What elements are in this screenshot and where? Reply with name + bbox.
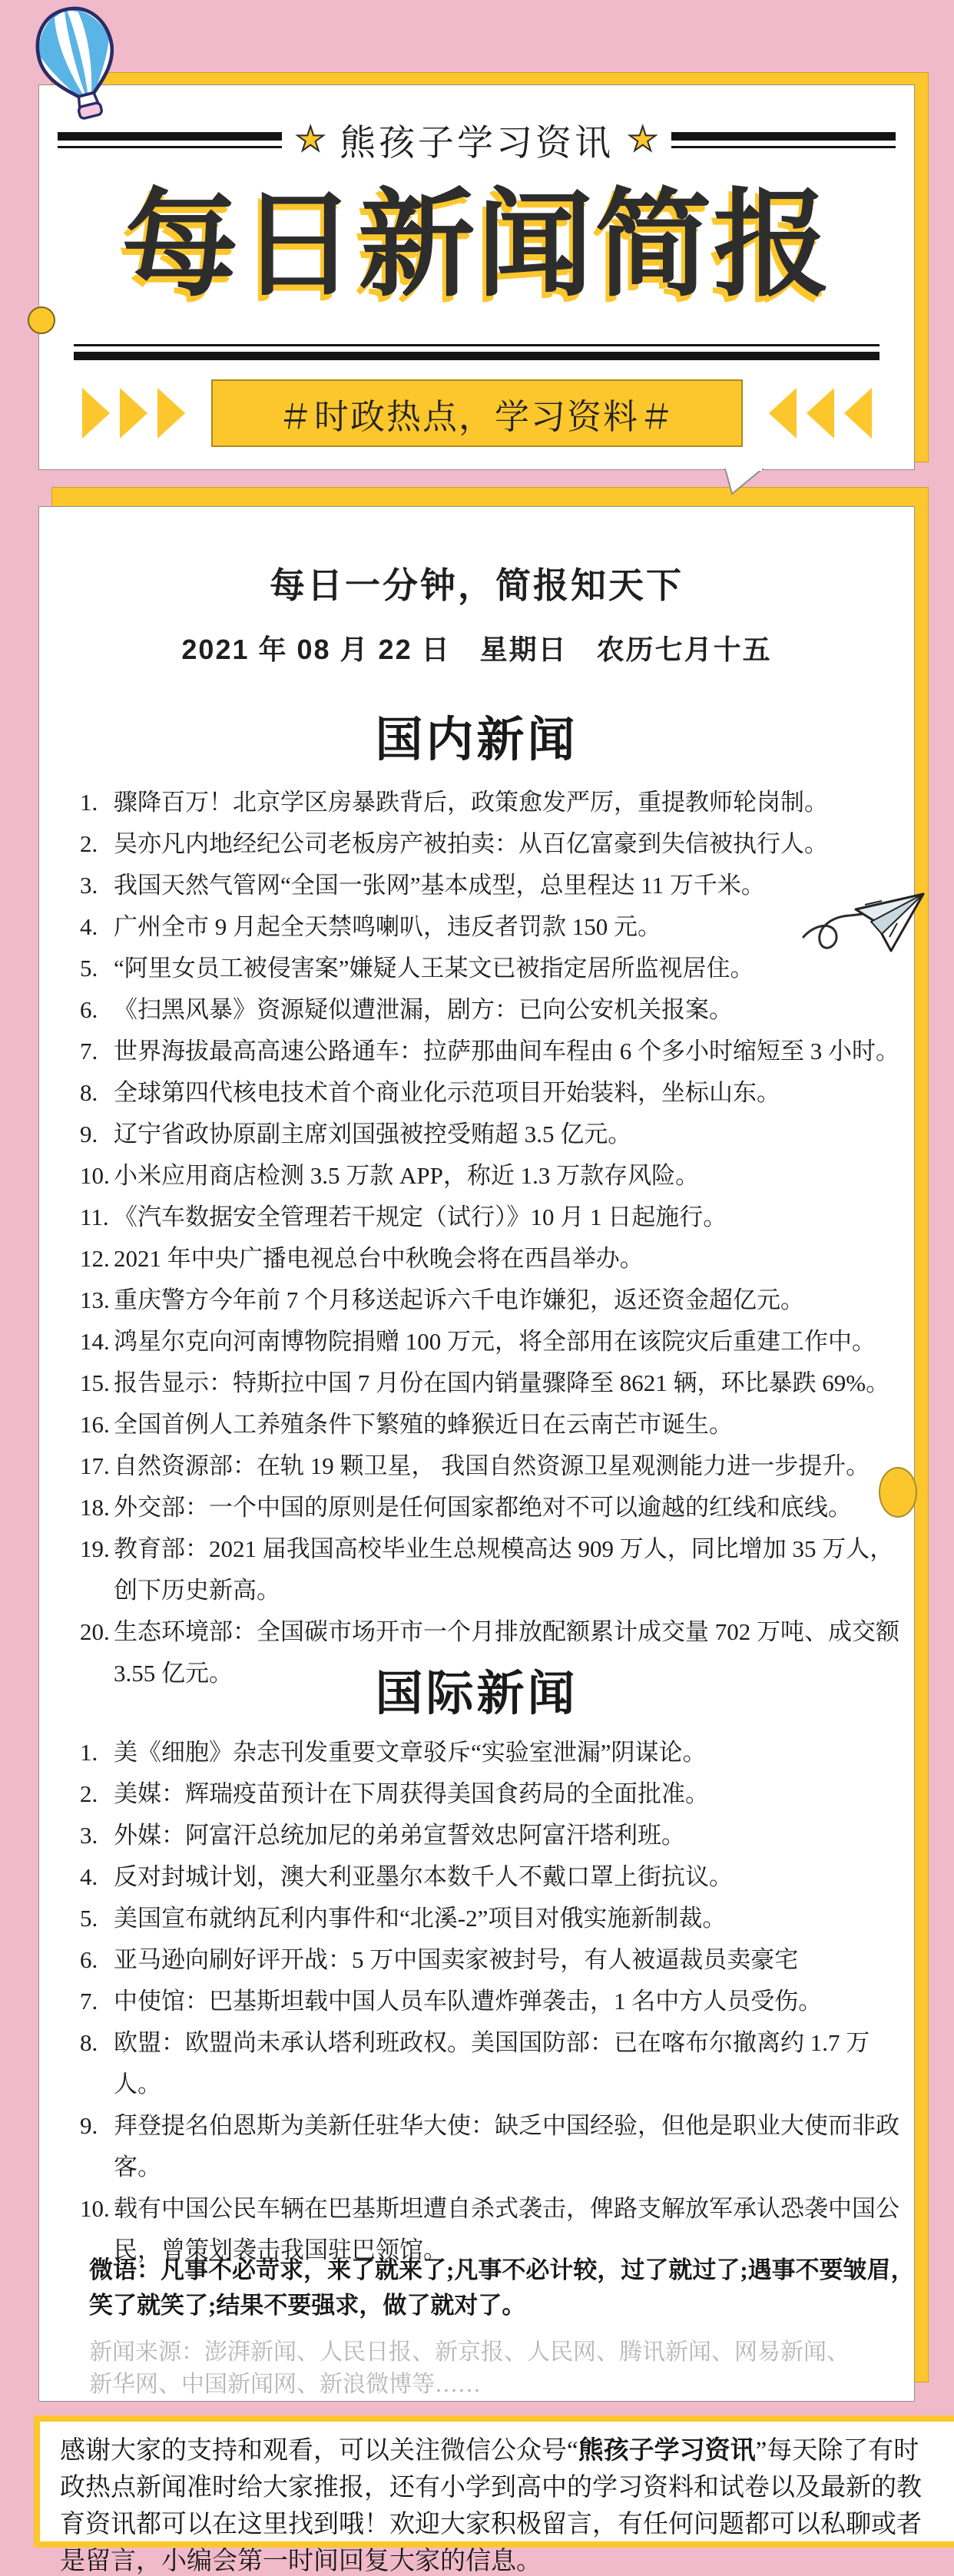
news-item: 欧盟：欧盟尚未承认塔利班政权。美国国防部：已在喀布尔撤离约 1.7 万人。 — [80, 2022, 914, 2105]
international-news-list: 美《细胞》杂志刊发重要文章驳斥“实验室泄漏”阴谋论。美媒：辉瑞疫苗预计在下周获得… — [80, 1732, 914, 2271]
paper-plane-icon — [800, 877, 929, 972]
left-divider-lines — [58, 132, 282, 148]
news-item: 反对封城计划，澳大利亚墨尔本数千人不戴口罩上街抗议。 — [80, 1856, 914, 1898]
news-item: “阿里女员工被侵害案”嫌疑人王某文已被指定居所监视居住。 — [80, 948, 914, 989]
tagline: 每日一分钟，简报知天下 — [39, 558, 914, 608]
brand-row: ★ 熊孩子学习资讯 ★ — [39, 113, 914, 167]
news-item: 我国天然气管网“全国一张网”基本成型，总里程达 11 万千米。 — [80, 865, 914, 906]
news-item: 全球第四代核电技术首个商业化示范项目开始装料，坐标山东。 — [80, 1072, 914, 1114]
news-item: 世界海拔最高高速公路通车：拉萨那曲间车程由 6 个多小时缩短至 3 小时。 — [80, 1031, 914, 1072]
news-item: 小米应用商店检测 3.5 万款 APP，称近 1.3 万款存风险。 — [80, 1155, 914, 1197]
right-divider-lines — [671, 132, 896, 148]
news-item: 中使馆：巴基斯坦载中国人员车队遭炸弹袭击，1 名中方人员受伤。 — [80, 1981, 914, 2022]
news-item: 吴亦凡内地经纪公司老板房产被拍卖：从百亿富豪到失信被执行人。 — [80, 823, 914, 865]
news-item: 2021 年中央广播电视总台中秋晚会将在西昌举办。 — [80, 1238, 914, 1280]
news-item: 《扫黑风暴》资源疑似遭泄漏，剧方：已向公安机关报案。 — [80, 989, 914, 1031]
news-item: 自然资源部：在轨 19 颗卫星， 我国自然资源卫星观测能力进一步提升。 — [80, 1445, 914, 1487]
topic-banner-label: ＃时政热点，学习资料＃ — [278, 389, 675, 439]
news-item: 美国宣布就纳瓦利内事件和“北溪-2”项目对俄实施新制裁。 — [80, 1898, 914, 1939]
triangle-arrows-left-icon — [769, 388, 872, 439]
news-item: 美《细胞》杂志刊发重要文章驳斥“实验室泄漏”阴谋论。 — [80, 1732, 914, 1773]
daily-quote-text: 凡事不必苛求，来了就来了;凡事不必计较，过了就过了;遇事不要皱眉，笑了就笑了;结… — [89, 2256, 915, 2319]
news-item: 外交部：一个中国的原则是任何国家都绝对不可以逾越的红线和底线。 — [80, 1487, 914, 1528]
daily-quote: 微语：凡事不必苛求，来了就来了;凡事不必计较，过了就过了;遇事不要皱眉，笑了就笑… — [89, 2253, 917, 2323]
speech-tail — [724, 469, 764, 495]
news-item: 鸿星尔克向河南博物院捐赠 100 万元，将全部用在该院灾后重建工作中。 — [80, 1321, 914, 1362]
star-icon: ★ — [296, 123, 326, 157]
header-card: ★ 熊孩子学习资讯 ★ 每日新闻简报 ＃时政热点，学习资料＃ — [38, 84, 915, 470]
news-item: 《汽车数据安全管理若干规定（试行）》10 月 1 日起施行。 — [80, 1197, 914, 1238]
news-briefing-poster: ★ 熊孩子学习资讯 ★ 每日新闻简报 ＃时政热点，学习资料＃ 每日一分钟，简报知… — [0, 0, 954, 2576]
news-item: 教育部：2021 届我国高校毕业生总规模高达 909 万人，同比增加 35 万人… — [80, 1528, 914, 1611]
page-title: 每日新闻简报 — [39, 184, 914, 306]
triangle-arrows-right-icon — [82, 388, 185, 439]
brand-name: 熊孩子学习资讯 — [340, 114, 614, 166]
yellow-ellipse-decoration — [879, 1467, 917, 1518]
news-item: 拜登提名伯恩斯为美新任驻华大使：缺乏中国经验，但他是职业大使而非政客。 — [80, 2105, 914, 2188]
yellow-circle-decoration — [28, 306, 55, 334]
footer-brand-name: 熊孩子学习资讯 — [578, 2437, 756, 2465]
news-item: 广州全市 9 月起全天禁鸣喇叭，违反者罚款 150 元。 — [80, 906, 914, 948]
news-item: 骤降百万！北京学区房暴跌背后，政策愈发严厉，重提教师轮岗制。 — [80, 782, 914, 823]
date-line: 2021 年 08 月 22 日 星期日 农历七月十五 — [39, 628, 914, 667]
domestic-news-list: 骤降百万！北京学区房暴跌背后，政策愈发严厉，重提教师轮岗制。吴亦凡内地经纪公司老… — [80, 782, 914, 1694]
topic-banner: ＃时政热点，学习资料＃ — [211, 379, 743, 447]
news-item: 报告显示：特斯拉中国 7 月份在国内销量骤降至 8621 辆，环比暴跌 69%。 — [80, 1362, 914, 1404]
divider-thick — [74, 352, 879, 360]
news-item: 外媒：阿富汗总统加尼的弟弟宣誓效忠阿富汗塔利班。 — [80, 1815, 914, 1856]
news-sources: 新闻来源：澎湃新闻、人民日报、新京报、人民网、腾讯新闻、网易新闻、新华网、中国新… — [89, 2336, 865, 2401]
news-item: 全国首例人工养殖条件下繁殖的蜂猴近日在云南芒市诞生。 — [80, 1404, 914, 1445]
news-item: 亚马逊向刷好评开战：5 万中国卖家被封号，有人被逼裁员卖豪宅 — [80, 1939, 914, 1981]
section-heading-domestic: 国内新闻 — [39, 717, 914, 764]
topic-banner-row: ＃时政热点，学习资料＃ — [39, 380, 914, 446]
news-item: 美媒：辉瑞疫苗预计在下周获得美国食药局的全面批准。 — [80, 1773, 914, 1815]
content-card: 每日一分钟，简报知天下 2021 年 08 月 22 日 星期日 农历七月十五 … — [38, 506, 915, 2402]
divider-thin — [74, 344, 879, 346]
news-item: 重庆警方今年前 7 个月移送起诉六千电诈嫌犯，返还资金超亿元。 — [80, 1280, 914, 1321]
footer-note: 感谢大家的支持和观看，可以关注微信公众号“熊孩子学习资讯”每天除了有时政热点新闻… — [34, 2415, 954, 2548]
footer-text-pre: 感谢大家的支持和观看，可以关注微信公众号“ — [60, 2437, 578, 2465]
star-icon: ★ — [628, 123, 658, 157]
daily-quote-label: 微语： — [89, 2256, 161, 2283]
news-item: 辽宁省政协原副主席刘国强被控受贿超 3.5 亿元。 — [80, 1114, 914, 1155]
section-heading-international: 国际新闻 — [39, 1670, 914, 1718]
